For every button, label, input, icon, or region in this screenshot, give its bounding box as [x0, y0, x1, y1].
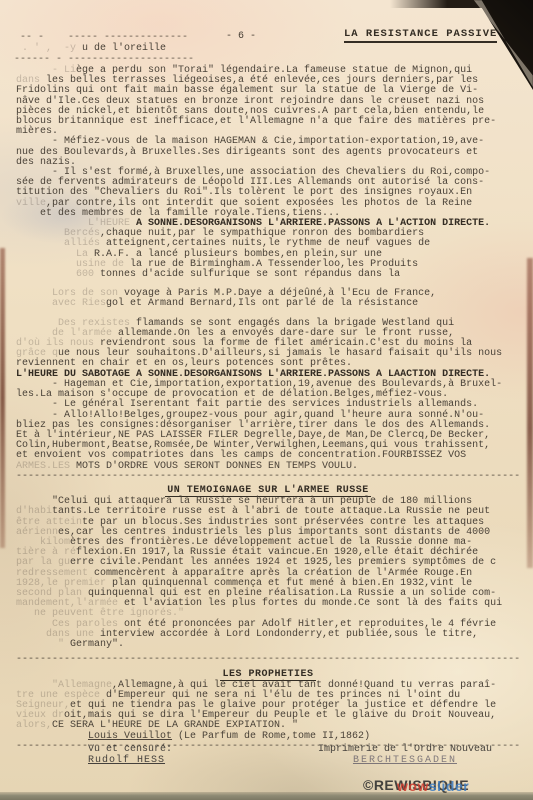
text-segment	[16, 731, 88, 742]
printer-block: Imprimerie de l'Ordre Nouveau BERCHTESGA…	[318, 744, 520, 766]
rubric-text: u de l'oreille	[82, 43, 166, 54]
text-line: nue des Boulevards,à Bruxelles.Ses dirig…	[16, 148, 520, 158]
text-segment: avec Ries	[16, 298, 106, 309]
text-segment: nue des Boulevards,à Bruxelles.Ses dirig…	[16, 147, 478, 158]
text-segment: grâce q	[16, 348, 58, 359]
text-segment: "	[16, 639, 70, 650]
text-segment: tonnes d'acide sulfurique se sont répand…	[100, 269, 400, 280]
text-segment: "Allemagne	[16, 680, 112, 691]
footer: Vu et censuré: Rudolf HESS Imprimerie de…	[16, 744, 520, 766]
rubric-heading: . ' , -y u de l'oreille	[22, 43, 166, 54]
text-segment: interview accordée à Lord Londonderry,et…	[100, 629, 478, 640]
text-line: blocus britannique est inefficace,et l'A…	[16, 117, 520, 127]
page-number: - 6 -	[226, 31, 256, 42]
right-edge-stain	[527, 258, 533, 568]
rubric-faded-prefix: . ' , -y	[22, 43, 82, 54]
text-line: Louis Veuillot (Le Parfum de Rome,tome I…	[16, 732, 520, 742]
text-segment: alors,	[16, 720, 52, 731]
text-segment: blocus britannique est inefficace,et l'A…	[16, 116, 496, 127]
text-segment: Louis Veuillot	[88, 731, 172, 742]
text-segment: gol et Armand Bernard,Ils ont parlé de l…	[106, 298, 418, 309]
bottom-scan-edge	[0, 792, 533, 800]
censor-name: Rudolf HESS	[88, 755, 172, 766]
text-segment: d'habi	[16, 506, 52, 517]
masthead-dashes-bottom: ------ - ---------------------	[14, 54, 194, 65]
text-segment: (Le Parfum de Rome,tome II,1862)	[172, 731, 370, 742]
document-flow: - Liège a perdu son "Torai" légendaire.L…	[16, 66, 520, 752]
text-segment: par la gu	[16, 557, 70, 568]
text-line: avec Riesgol et Armand Bernard,Ils ont p…	[16, 299, 520, 309]
text-line: " Germany".	[16, 640, 520, 650]
text-line: ARMES.LES MOTS D'ORDRE VOUS SERONT DONNE…	[16, 462, 520, 472]
printer-city: BERCHTESGADEN	[353, 755, 457, 766]
censor-label: Vu et censuré:	[88, 744, 172, 755]
text-segment: Ces paroles	[16, 619, 124, 630]
text-segment: ne peuvent être ignorés."	[16, 608, 184, 619]
masthead-dashes-top: -- - ----- --------------	[20, 32, 188, 43]
text-line: dans une interview accordée à Lord Londo…	[16, 630, 520, 640]
censor-block: Vu et censuré: Rudolf HESS	[16, 744, 172, 766]
text-segment: MOTS D'ORDRE VOUS SERONT DONNES EN TEMPS…	[76, 461, 358, 472]
section-title: LES PROPHETIES	[16, 669, 520, 680]
text-segment: être attein	[16, 517, 82, 528]
dashed-rule: ----------------------------------------…	[16, 655, 520, 665]
text-segment: redressement	[16, 568, 94, 579]
text-segment: 600	[16, 269, 100, 280]
text-segment: La	[16, 249, 94, 260]
section-title: UN TEMOIGNAGE SUR L'ARMEE RUSSE	[16, 485, 520, 496]
printer-name: Imprimerie de l'Ordre Nouveau	[318, 744, 492, 755]
text-segment: dans	[16, 75, 46, 86]
page-title: LA RESISTANCE PASSIVE	[344, 28, 497, 43]
text-segment: alliés	[16, 238, 106, 249]
text-segment: ville	[16, 198, 46, 209]
text-segment: ARMES.LES	[16, 461, 76, 472]
left-edge-stain	[0, 248, 5, 548]
dashed-rule: ----------------------------------------…	[16, 472, 520, 482]
text-line: 600 tonnes d'acide sulfurique se sont ré…	[16, 270, 520, 280]
text-segment: Germany".	[70, 639, 124, 650]
